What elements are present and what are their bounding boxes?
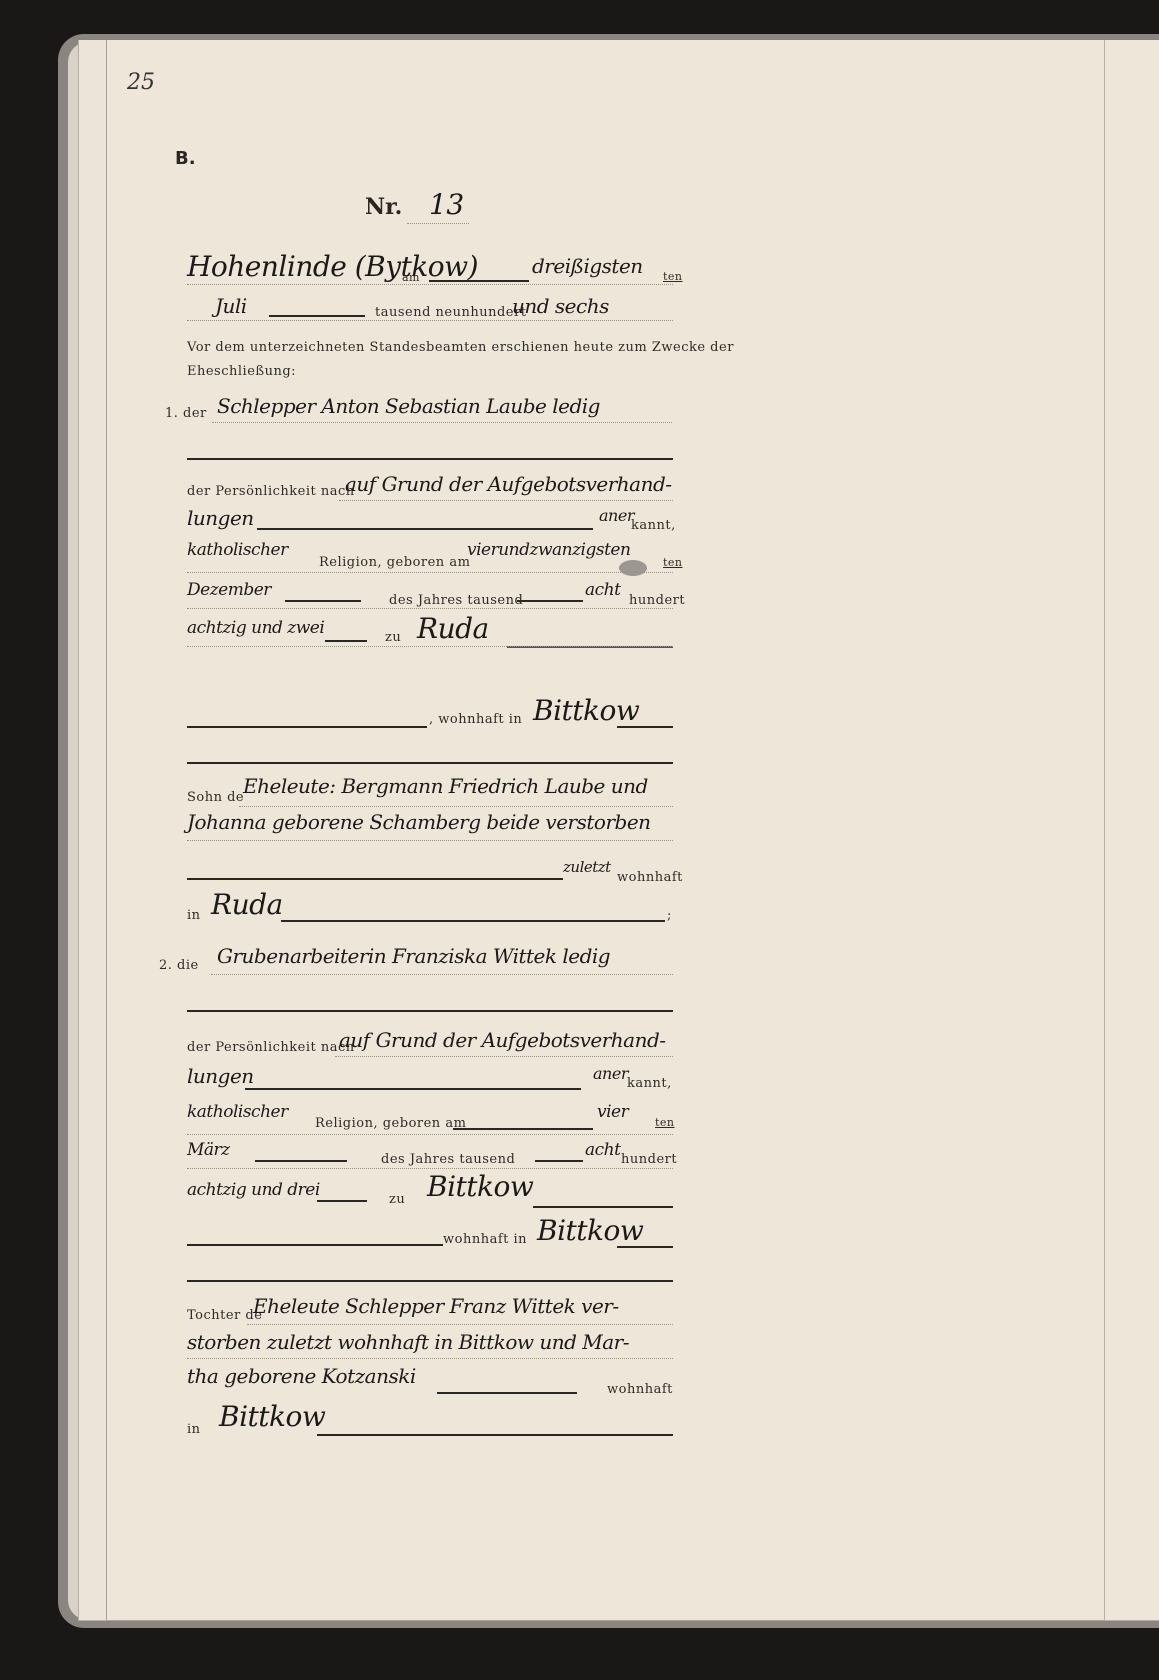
section-letter: B.	[175, 148, 196, 169]
person2-zu-label: zu	[389, 1192, 405, 1207]
person1-parents-wohnhaft-label: wohnhaft	[617, 870, 683, 885]
am-label: am	[402, 271, 420, 284]
person1-parents-line1: Eheleute: Bergmann Friedrich Laube und	[243, 774, 648, 798]
person1-religion: katholischer	[187, 540, 288, 560]
person2-parents-label: Tochter de	[187, 1308, 262, 1323]
person2-jahres-label: des Jahres tausend	[381, 1152, 515, 1167]
person2-identity-suffix: aner	[593, 1064, 628, 1083]
person1-religion-label: Religion, geboren am	[319, 555, 470, 570]
person2-residence: Bittkow	[537, 1214, 643, 1247]
person1-parents-residence: Ruda	[211, 888, 283, 921]
place-handwritten: Hohenlinde (Bytkow)	[187, 250, 478, 283]
ten-suffix: ten	[663, 270, 683, 283]
marriage-month-handwritten: Juli	[215, 294, 247, 318]
person2-birth-century: acht	[585, 1140, 620, 1160]
person1-hundert-label: hundert	[629, 593, 685, 608]
intro-line-2: Eheschließung:	[187, 364, 296, 379]
person2-hundert-label: hundert	[621, 1152, 677, 1167]
person1-birth-century: acht	[585, 580, 620, 600]
person1-birthplace: Ruda	[417, 612, 489, 645]
person1-identity-label: der Persönlichkeit nach	[187, 484, 355, 499]
person1-residence: Bittkow	[533, 694, 639, 727]
person1-birth-month: Dezember	[187, 580, 271, 600]
person2-parents-residence: Bittkow	[219, 1400, 325, 1433]
intro-line-1: Vor dem unterzeichneten Standesbeamten e…	[187, 340, 734, 355]
person2-parents-line3: tha geborene Kotzanski	[187, 1364, 416, 1388]
ink-blot	[619, 560, 647, 576]
person2-kannt-label: kannt,	[627, 1076, 672, 1091]
person2-birth-year: achtzig und drei	[187, 1180, 320, 1200]
person1-parents-in-label: in	[187, 908, 201, 923]
year-prefix-label: tausend neunhundert	[375, 305, 526, 320]
person1-identity-line2: lungen	[187, 506, 254, 530]
marriage-year-handwritten: und sechs	[512, 294, 609, 318]
person1-birth-day: vierundzwanzigsten	[467, 540, 630, 560]
person1-jahres-label: des Jahres tausend	[389, 593, 523, 608]
person2-name: Grubenarbeiterin Franziska Wittek ledig	[217, 944, 610, 968]
marriage-day-handwritten: dreißigsten	[532, 254, 643, 278]
person1-identity-line1: auf Grund der Aufgebotsverhand-	[345, 472, 672, 496]
person2-birth-month: März	[187, 1140, 230, 1160]
person1-identity-suffix: aner	[599, 506, 634, 525]
person1-kannt-label: kannt,	[631, 518, 676, 533]
person2-ten-suffix: ten	[655, 1116, 675, 1129]
person2-religion: katholischer	[187, 1102, 288, 1122]
entry-number-label: Nr.	[365, 194, 402, 220]
person2-identity-line2: lungen	[187, 1064, 254, 1088]
register-page: 25 B. Nr. 13 Hohenlinde (Bytkow) am drei…	[106, 40, 1105, 1621]
person1-name: Schlepper Anton Sebastian Laube ledig	[217, 394, 600, 418]
person1-ten-suffix: ten	[663, 556, 683, 569]
person1-end-punct: ;	[667, 908, 672, 923]
page-corner-number: 25	[127, 70, 155, 95]
person1-parents-line2: Johanna geborene Schamberg beide verstor…	[187, 810, 651, 834]
person2-parents-in-label: in	[187, 1422, 201, 1437]
facing-page-edge	[1104, 40, 1159, 1620]
person2-parents-line2: storben zuletzt wohnhaft in Bittkow und …	[187, 1330, 629, 1354]
person1-parents-suffix: zuletzt	[563, 858, 611, 876]
person2-religion-label: Religion, geboren am	[315, 1116, 466, 1131]
person2-identity-label: der Persönlichkeit nach	[187, 1040, 355, 1055]
person2-birthplace: Bittkow	[427, 1170, 533, 1203]
person1-parents-label: Sohn de	[187, 790, 244, 805]
person2-identity-line1: auf Grund der Aufgebotsverhand-	[339, 1028, 666, 1052]
person2-parents-wohnhaft-label: wohnhaft	[607, 1382, 673, 1397]
person2-wohnhaft-label: wohnhaft in	[443, 1232, 527, 1247]
person1-zu-label: zu	[385, 630, 401, 645]
person1-birth-year: achtzig und zwei	[187, 618, 324, 638]
person1-index: 1. der	[165, 406, 207, 421]
person1-wohnhaft-label: , wohnhaft in	[429, 712, 522, 727]
person2-index: 2. die	[159, 958, 199, 973]
entry-number-value: 13	[429, 188, 464, 221]
person2-parents-line1: Eheleute Schlepper Franz Wittek ver-	[253, 1294, 619, 1318]
person2-birth-day: vier	[597, 1102, 628, 1122]
